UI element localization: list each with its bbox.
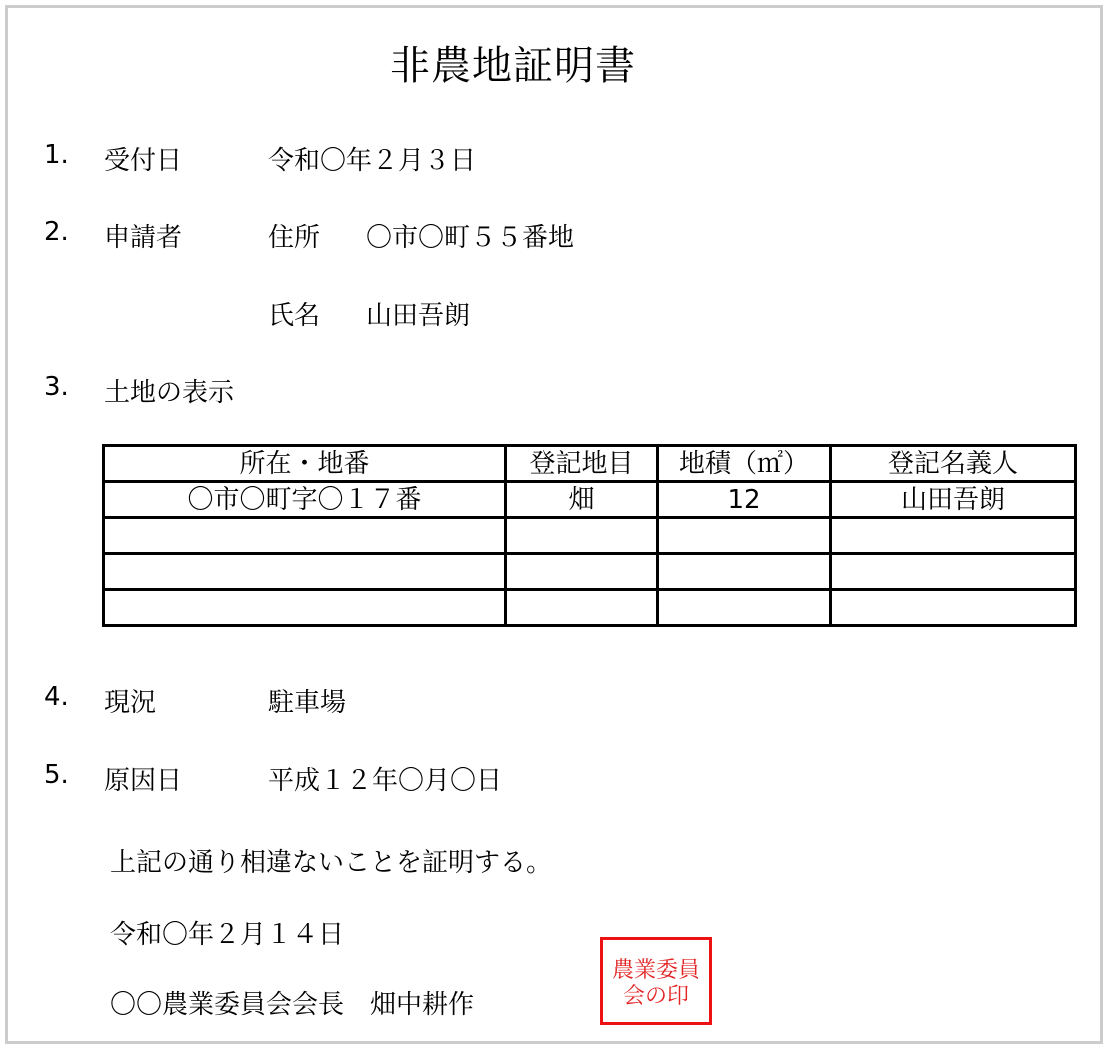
cell-location [104, 590, 506, 626]
land-table: 所在・地番 登記地目 地積（㎡） 登記名義人 〇市〇町字〇１７番 畑 12 山田… [102, 444, 1077, 627]
issue-date: 令和〇年２月１４日 [110, 914, 344, 951]
cell-location [104, 554, 506, 590]
cell-area: 12 [658, 482, 831, 518]
document-title: 非農地証明書 [390, 34, 636, 91]
applicant-name-label: 氏名 [268, 295, 320, 332]
table-row: 〇市〇町字〇１７番 畑 12 山田吾朗 [104, 482, 1076, 518]
cell-land-category [506, 518, 658, 554]
cause-date-value: 平成１２年〇月〇日 [268, 760, 502, 797]
item-2-number: 2. [44, 217, 69, 247]
item-3-number: 3. [44, 372, 69, 402]
issuer-name: 〇〇農業委員会会長 畑中耕作 [110, 984, 474, 1021]
seal-line-1: 農業委員 [603, 958, 709, 984]
cell-location [104, 518, 506, 554]
land-table-header-row: 所在・地番 登記地目 地積（㎡） 登記名義人 [104, 446, 1076, 482]
item-4-label: 現況 [104, 682, 156, 719]
cell-land-category: 畑 [506, 482, 658, 518]
certification-statement: 上記の通り相違ないことを証明する。 [110, 842, 552, 879]
applicant-address-label: 住所 [268, 217, 320, 254]
cell-area [658, 590, 831, 626]
cell-owner [831, 518, 1076, 554]
cell-area [658, 554, 831, 590]
item-4-number: 4. [44, 682, 69, 712]
item-1-number: 1. [44, 140, 69, 170]
seal-line-2: 会の印 [603, 984, 709, 1010]
header-area: 地積（㎡） [658, 446, 831, 482]
current-status-value: 駐車場 [268, 682, 346, 719]
header-land-category: 登記地目 [506, 446, 658, 482]
item-5-number: 5. [44, 760, 69, 790]
cell-owner: 山田吾朗 [831, 482, 1076, 518]
table-row [104, 518, 1076, 554]
cell-area [658, 518, 831, 554]
cell-land-category [506, 554, 658, 590]
item-3-label: 土地の表示 [104, 372, 234, 409]
item-2-label: 申請者 [104, 217, 182, 254]
item-5-label: 原因日 [104, 760, 182, 797]
official-seal: 農業委員 会の印 [600, 937, 712, 1025]
applicant-address-value: 〇市〇町５５番地 [366, 217, 574, 254]
receipt-date-value: 令和〇年２月３日 [268, 140, 476, 177]
cell-land-category [506, 590, 658, 626]
cell-owner [831, 590, 1076, 626]
applicant-name-value: 山田吾朗 [366, 295, 470, 332]
header-owner: 登記名義人 [831, 446, 1076, 482]
cell-owner [831, 554, 1076, 590]
cell-location: 〇市〇町字〇１７番 [104, 482, 506, 518]
table-row [104, 554, 1076, 590]
header-location: 所在・地番 [104, 446, 506, 482]
item-1-label: 受付日 [104, 140, 182, 177]
table-row [104, 590, 1076, 626]
